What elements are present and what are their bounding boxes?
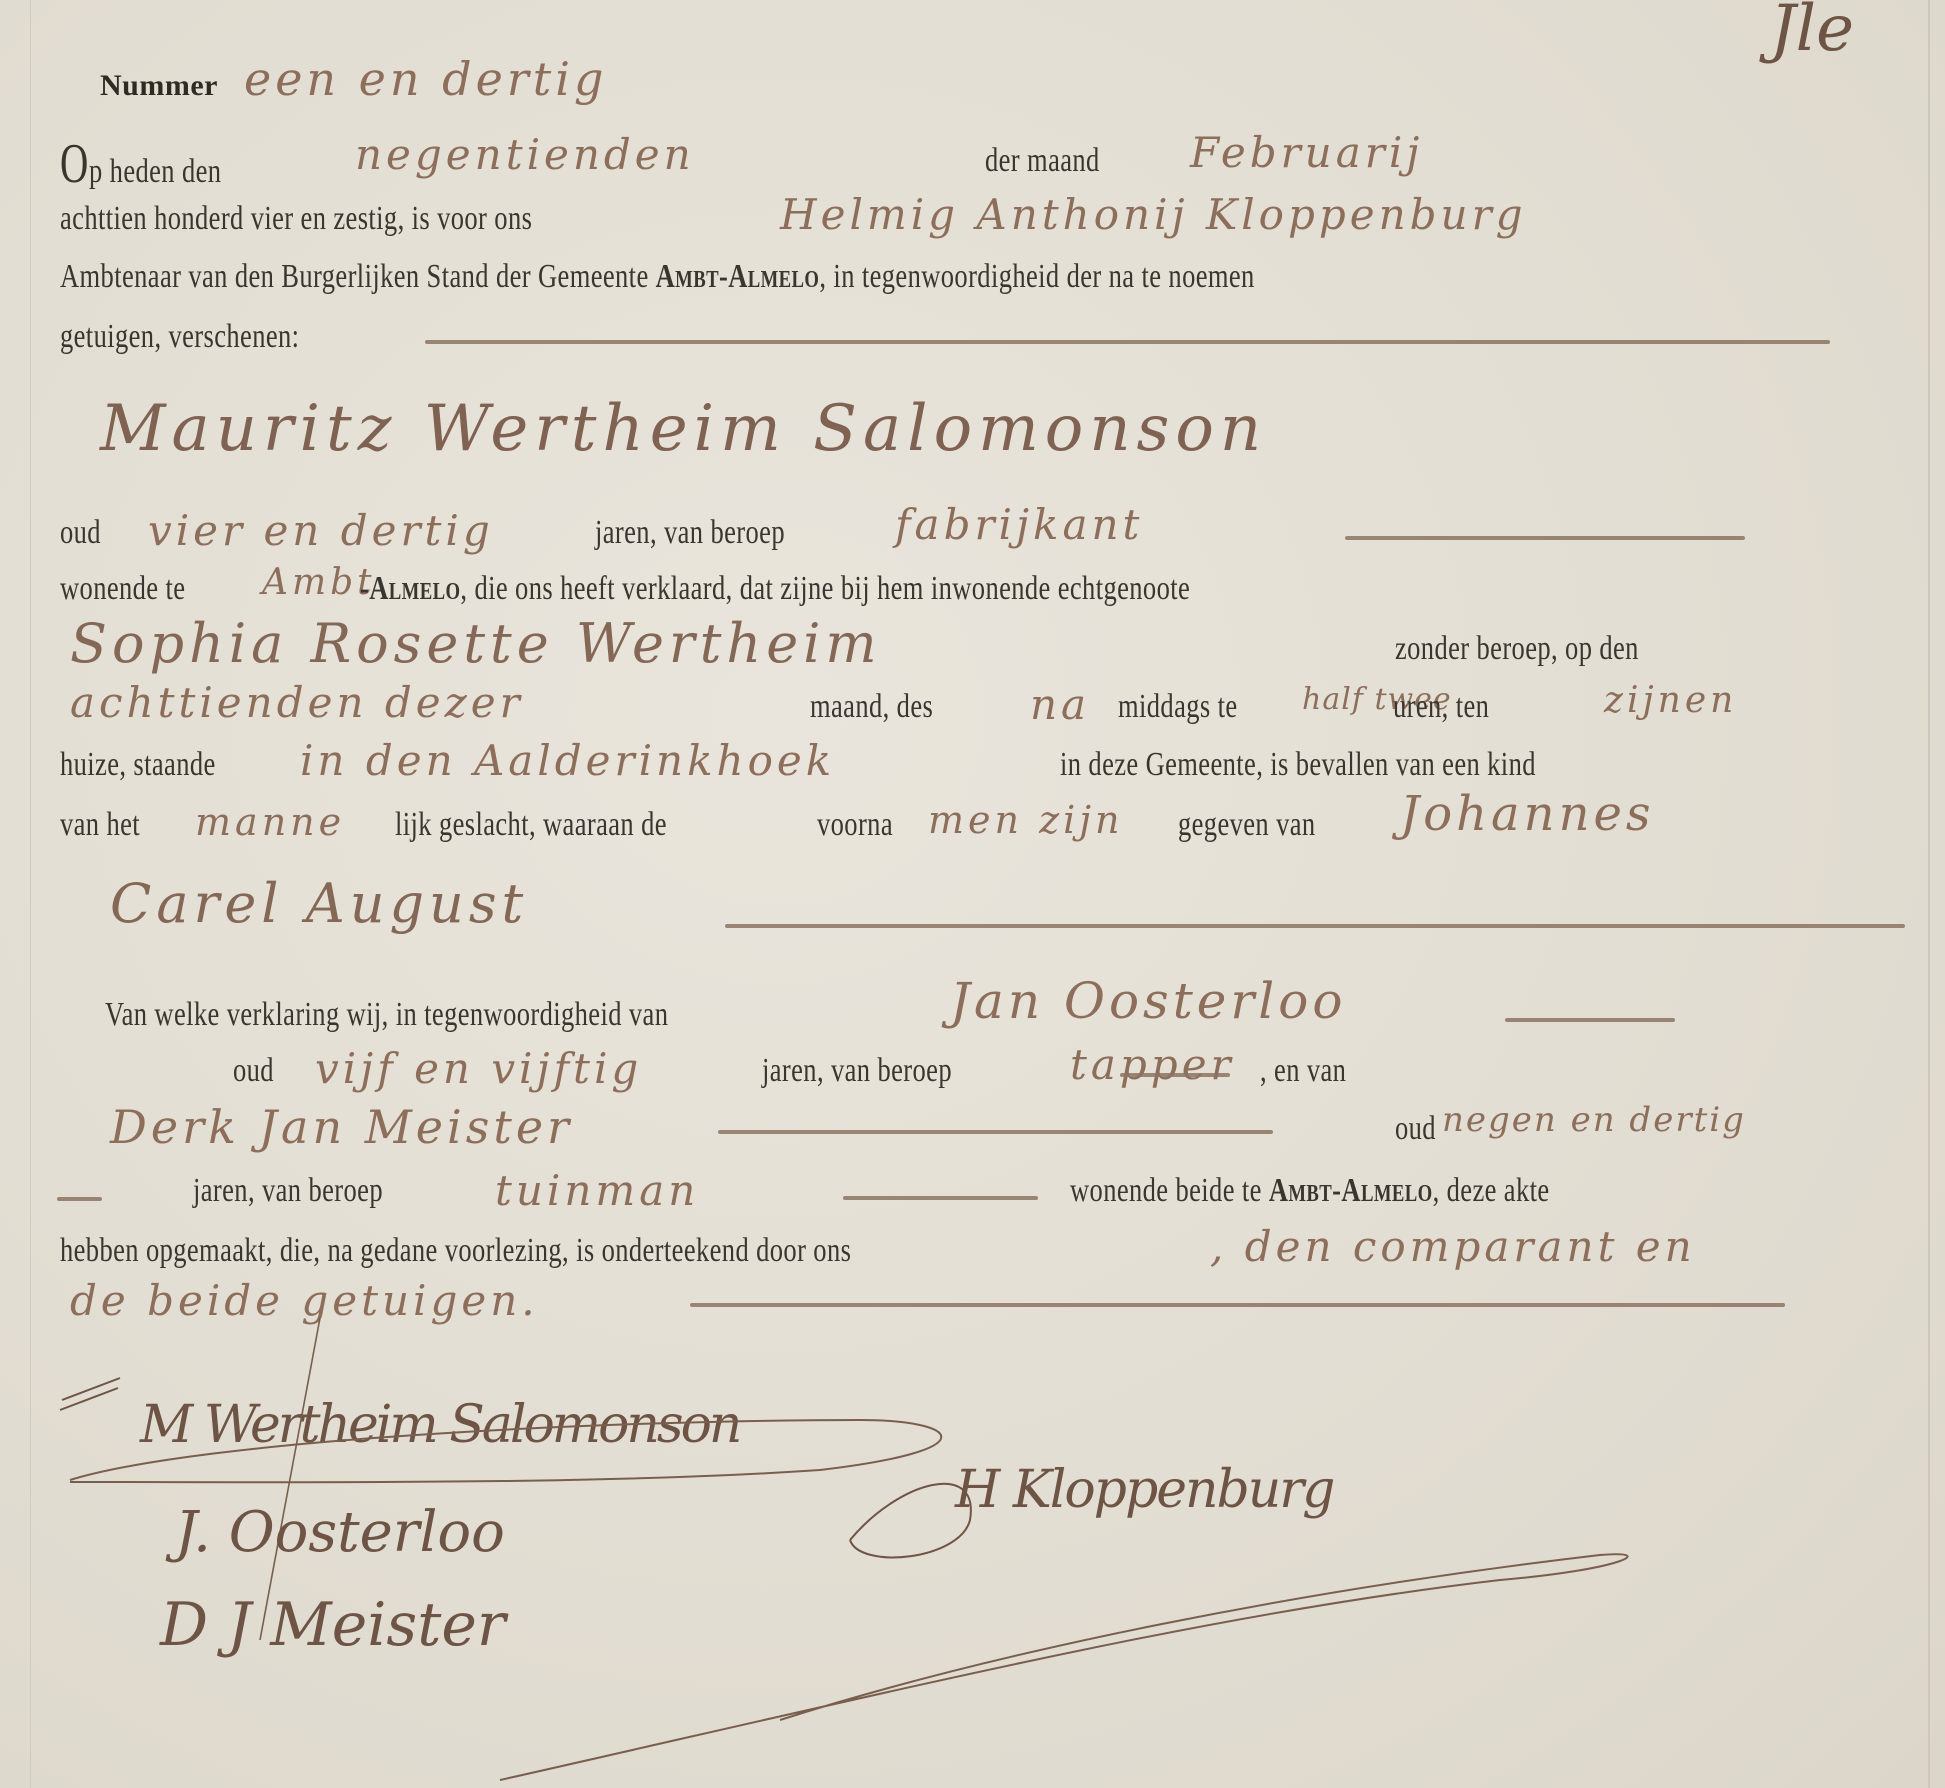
document-page: Jle Nummer een en dertig Op heden den ne…: [0, 0, 1945, 1788]
signature-witness1: J. Oosterloo: [175, 1500, 505, 1565]
signature-official: H Kloppenburg: [955, 1460, 1333, 1520]
signature-witness2: D J Meister: [160, 1590, 506, 1660]
